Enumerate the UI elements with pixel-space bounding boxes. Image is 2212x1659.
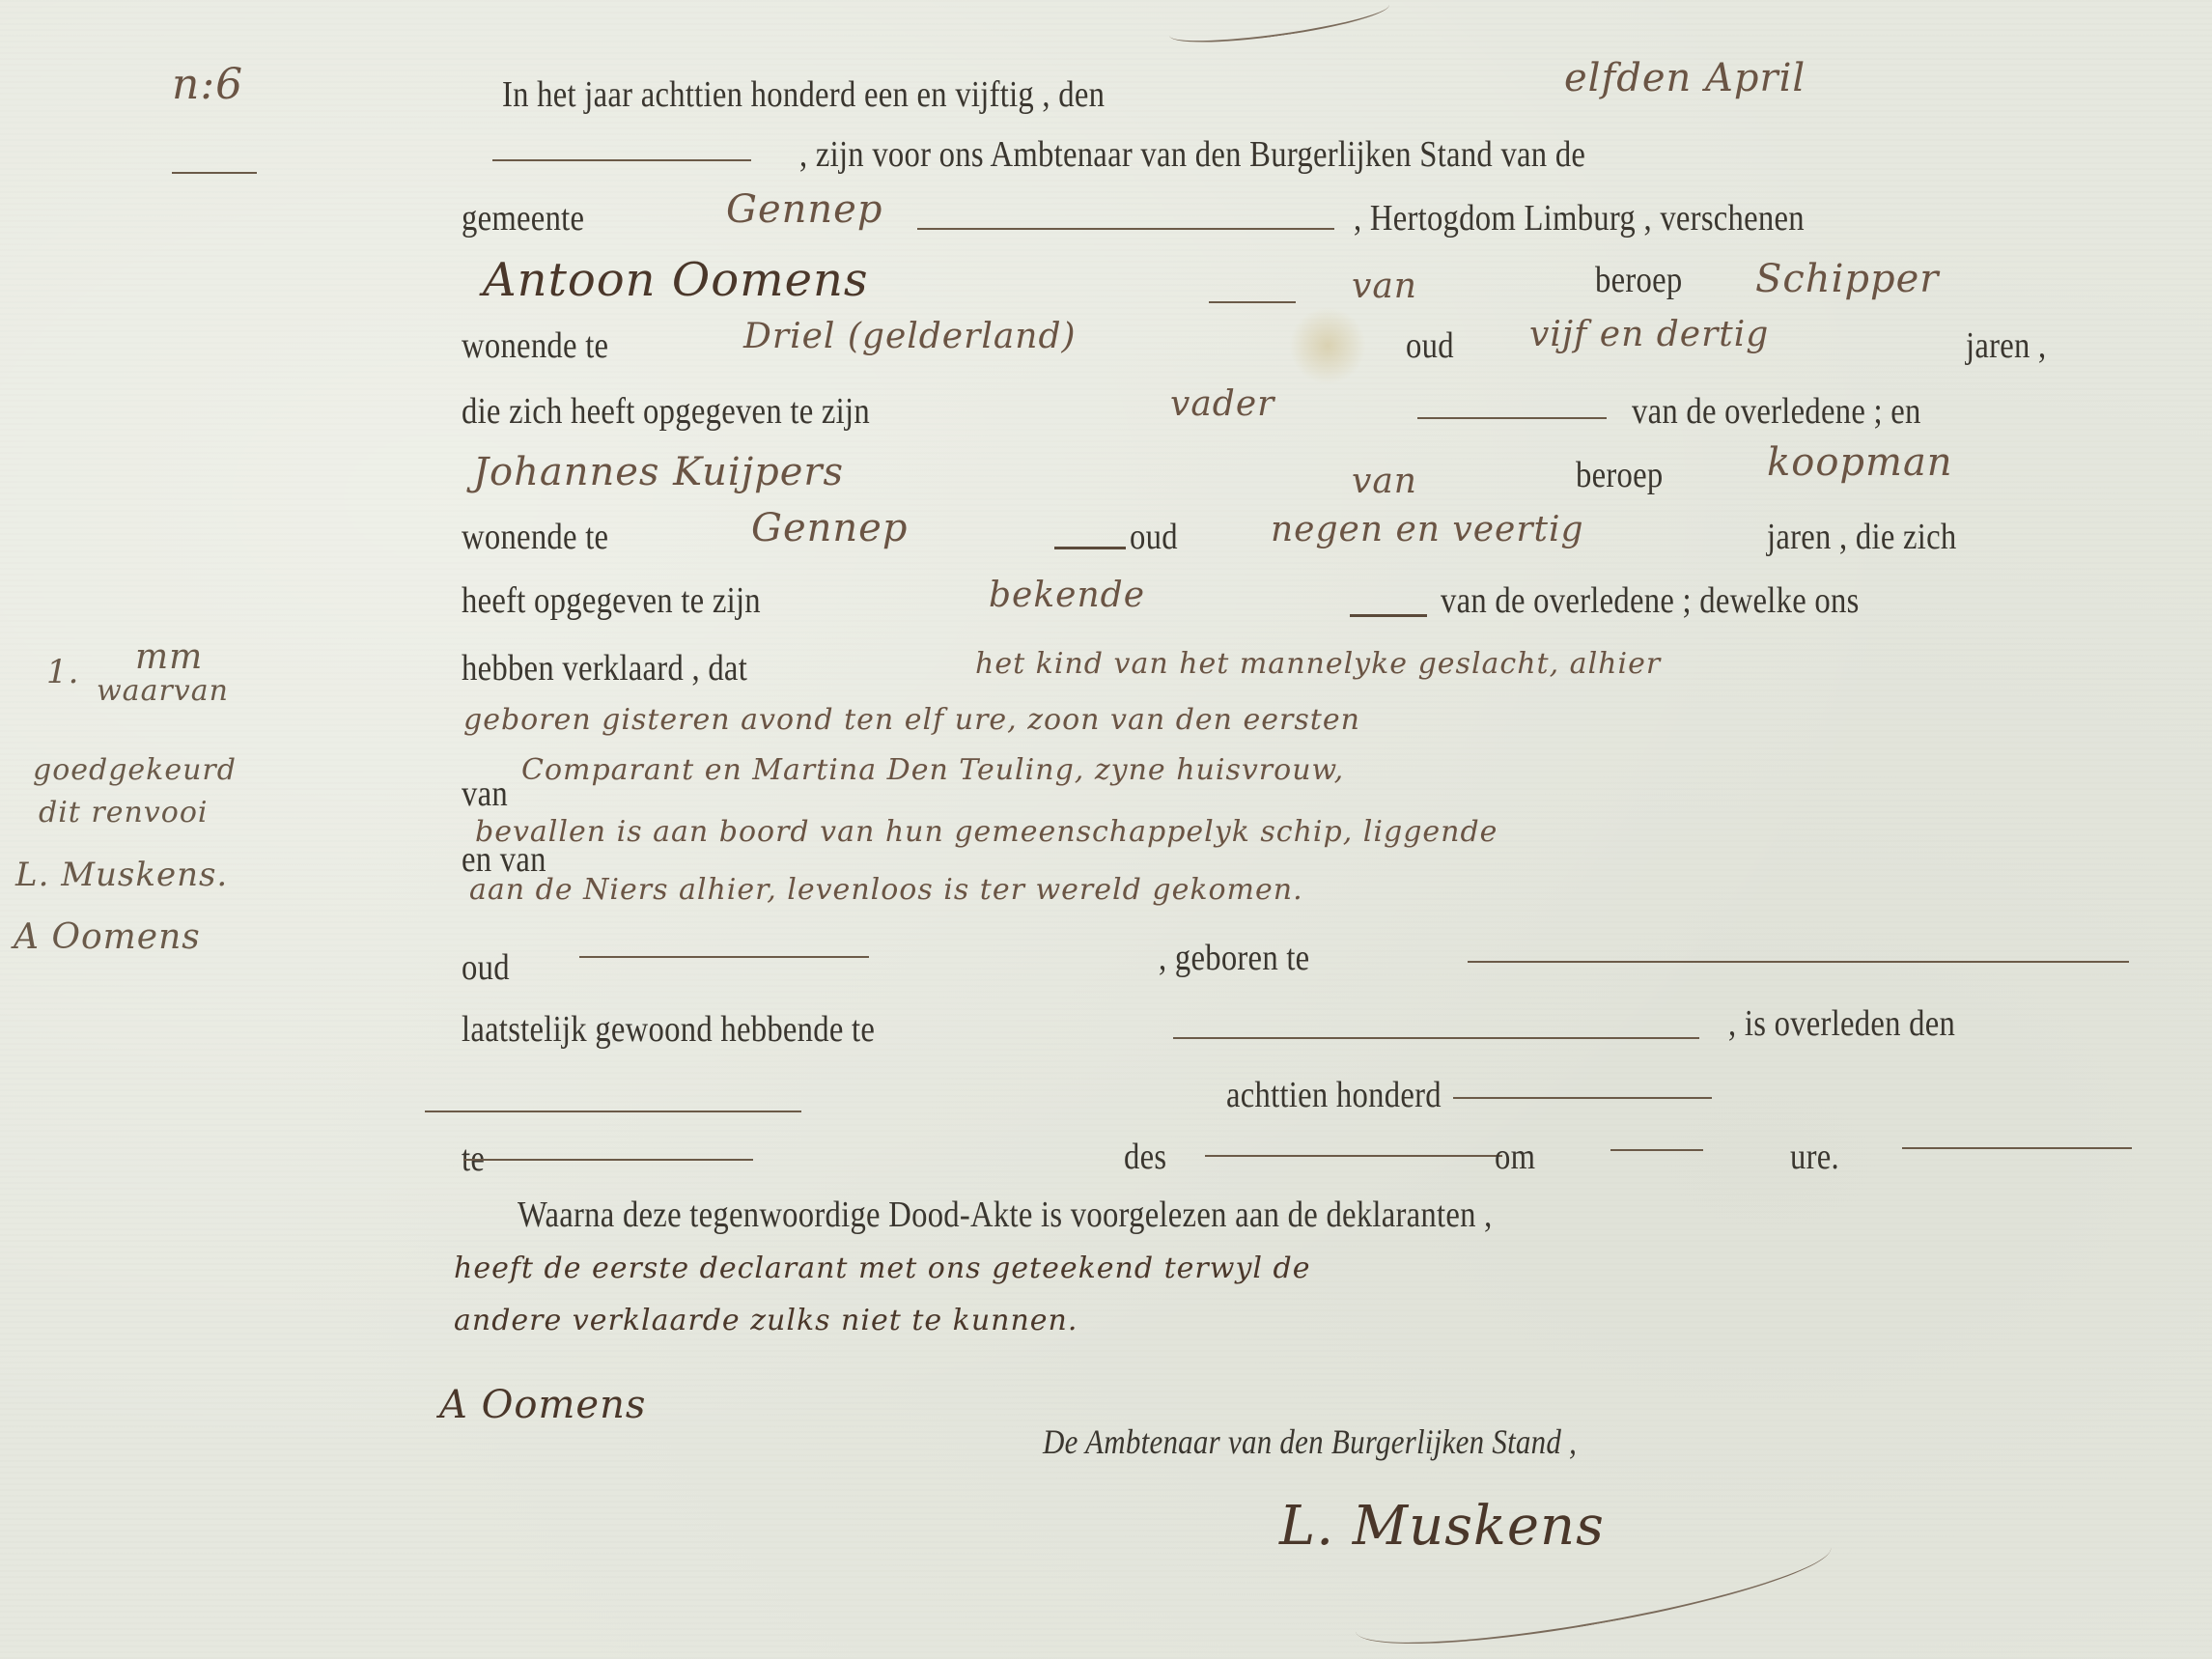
margin-line-2: goedgekeurd [33, 753, 237, 787]
om-rule [1610, 1149, 1703, 1151]
margin-struck-text: mm [135, 637, 203, 677]
signature-official: L. Muskens [1279, 1495, 1605, 1558]
printed-oud-1: oud [1406, 324, 1454, 367]
printed-line-10: hebben verklaard , dat [462, 647, 747, 689]
hand-declarant1-van: van [1352, 267, 1417, 306]
printed-line-14b: , is overleden den [1728, 1002, 1955, 1045]
printed-beroep-2: beroep [1576, 454, 1663, 496]
hand-statement-4: bevallen is aan boord van hun gemeenscha… [475, 815, 1498, 849]
hand-declarant2-relation: bekende [989, 576, 1145, 615]
printed-line-9b: van de overledene ; dewelke ons [1441, 579, 1860, 622]
printed-line-9a: heeft opgegeven te zijn [462, 579, 761, 622]
margin-sign-1: L. Muskens. [15, 856, 228, 894]
printed-geboren-te: , geboren te [1159, 937, 1309, 979]
printed-line-3b: , Hertogdom Limburg , verschenen [1354, 197, 1805, 239]
printed-line-2: , zijn voor ons Ambtenaar van den Burger… [799, 133, 1585, 176]
hand-declarant2-name: Johannes Kuijpers [473, 450, 844, 494]
certificate-page: n:6 In het jaar achttien honderd een en … [0, 0, 2212, 1659]
printed-om: om [1495, 1136, 1535, 1178]
relation2-rule [1350, 614, 1427, 617]
municipality-rule [917, 228, 1334, 230]
hand-statement-5: aan de Niers alhier, levenloos is ter we… [469, 873, 1303, 907]
printed-wonende-1: wonende te [462, 324, 608, 367]
signature-declarant: A Oomens [439, 1383, 646, 1427]
hand-date: elfden April [1564, 56, 1806, 100]
hand-declarant2-residence: Gennep [751, 506, 908, 550]
margin-line-3: dit renvooi [39, 796, 208, 829]
paper-stain [1289, 307, 1366, 384]
hand-declarant1-relation: vader [1170, 384, 1274, 424]
birthplace-rule [1468, 961, 2129, 963]
printed-wonende-2: wonende te [462, 516, 608, 558]
printed-jaren-2: jaren , die zich [1767, 516, 1956, 558]
year-rule [1453, 1097, 1712, 1099]
record-number: n:6 [172, 60, 243, 109]
printed-gemeente: gemeente [462, 197, 584, 239]
hand-statement-3: Comparant en Martina Den Teuling, zyne h… [521, 753, 1344, 787]
printed-des: des [1124, 1136, 1166, 1178]
relation1-rule [1417, 417, 1607, 419]
hand-declarant2-occupation: koopman [1767, 440, 1953, 485]
printed-line-17: Waarna deze tegenwoordige Dood-Akte is v… [518, 1194, 1493, 1236]
printed-oud-2: oud [1130, 516, 1178, 558]
date-rule [492, 159, 751, 161]
hand-declarant1-age: vijf en dertig [1529, 315, 1769, 354]
official-title: De Ambtenaar van den Burgerlijken Stand … [1043, 1421, 1577, 1462]
top-flourish [1167, 0, 1391, 51]
printed-van: van [462, 773, 508, 815]
ure-rule [1902, 1147, 2132, 1149]
printed-ure: ure. [1790, 1136, 1839, 1178]
printed-line-6a: die zich heeft opgegeven te zijn [462, 390, 870, 433]
margin-mark: 1. [46, 653, 79, 691]
residence2-rule [1054, 547, 1126, 549]
des-rule [1205, 1155, 1502, 1157]
hand-closing-1: heeft de eerste declarant met ons geteek… [454, 1251, 1310, 1285]
margin-sign-2: A Oomens [14, 917, 201, 957]
printed-jaren-1: jaren , [1966, 324, 2046, 367]
residence-rule [1173, 1037, 1699, 1039]
hand-closing-2: andere verklaarde zulks niet te kunnen. [454, 1304, 1078, 1337]
printed-line-1: In het jaar achttien honderd een en vijf… [502, 73, 1105, 116]
hand-declarant2-age: negen en veertig [1271, 510, 1584, 549]
printed-oud-3: oud [462, 946, 510, 989]
record-rule [172, 172, 257, 174]
name1-rule [1209, 301, 1296, 303]
hand-declarant1-name: Antoon Oomens [483, 253, 869, 307]
printed-beroep-1: beroep [1595, 259, 1682, 301]
hand-declarant1-occupation: Schipper [1755, 257, 1939, 301]
hand-declarant2-van: van [1352, 462, 1417, 501]
place-rule [463, 1159, 753, 1161]
margin-line-1: waarvan [97, 674, 229, 708]
printed-line-14a: laatstelijk gewoond hebbende te [462, 1008, 875, 1051]
printed-line-6b: van de overledene ; en [1632, 390, 1921, 433]
hand-statement-2: geboren gisteren avond ten elf ure, zoon… [463, 703, 1360, 737]
hand-declarant1-residence: Driel (gelderland) [743, 317, 1077, 356]
date-death-rule [425, 1111, 801, 1112]
age-rule [579, 956, 869, 958]
printed-achttien-honderd: achttien honderd [1226, 1074, 1442, 1116]
hand-municipality: Gennep [726, 187, 882, 232]
hand-statement-1: het kind van het mannelyke geslacht, alh… [975, 647, 1661, 681]
